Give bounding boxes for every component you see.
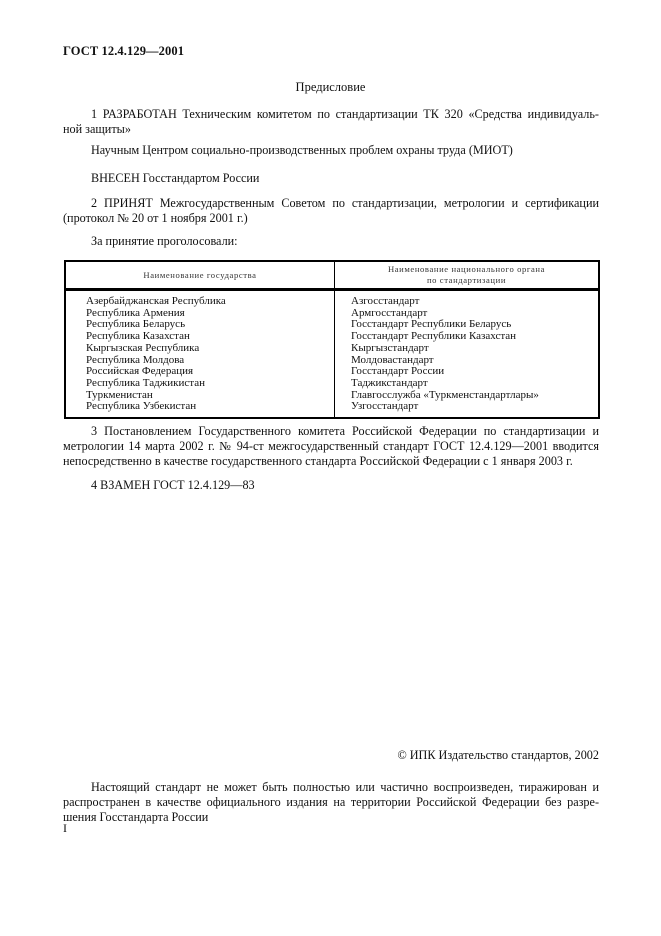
state-cell: Республика Узбекистан	[86, 401, 334, 413]
state-cell: Кыргызская Республика	[86, 343, 334, 355]
votes-table: Наименование государства Наименование на…	[64, 260, 600, 419]
paragraph-adopted: 2 ПРИНЯТ Межгосударственным Советом по с…	[63, 196, 599, 226]
state-cell: Азербайджанская Республика	[86, 296, 334, 308]
document-header: ГОСТ 12.4.129—2001	[63, 44, 184, 59]
paragraph-replaces: 4 ВЗАМЕН ГОСТ 12.4.129—83	[63, 478, 599, 493]
paragraph-adopted-line1: 2 ПРИНЯТ Межгосударственным Советом по с…	[63, 196, 599, 211]
standards-body-cell: Кыргызстандарт	[351, 343, 598, 355]
copyright-notice: © ИПК Издательство стандартов, 2002	[397, 748, 599, 763]
paragraph-developed-line2: ной защиты»	[63, 122, 599, 137]
paragraph-introduced: ВНЕСЕН Госстандартом России	[63, 171, 599, 186]
votes-table-body: Азербайджанская Республика Республика Ар…	[65, 290, 599, 419]
header-standards-body-line2: по стандартизации	[336, 275, 597, 286]
header-standards-body-line1: Наименование национального органа	[336, 264, 597, 275]
standards-body-column: Азгосстандарт Армгосстандарт Госстандарт…	[335, 290, 600, 419]
section-title: Предисловие	[0, 80, 661, 95]
header-state: Наименование государства	[65, 261, 335, 290]
state-cell: Республика Таджикистан	[86, 378, 334, 390]
standards-body-cell: Узгосстандарт	[351, 401, 598, 413]
paragraph-decree-line3: непосредственно в качестве государственн…	[63, 454, 599, 469]
reproduction-notice: Настоящий стандарт не может быть полност…	[63, 780, 599, 825]
paragraph-developed: 1 РАЗРАБОТАН Техническим комитетом по ст…	[63, 107, 599, 137]
reproduction-notice-line2: распространен в качестве официального из…	[63, 795, 599, 810]
paragraph-decree: 3 Постановлением Государственного комите…	[63, 424, 599, 469]
paragraph-decree-line1: 3 Постановлением Государственного комите…	[63, 424, 599, 439]
standards-body-cell: Таджикстандарт	[351, 378, 598, 390]
header-standards-body: Наименование национального органа по ста…	[335, 261, 600, 290]
paragraph-adopted-line2: (протокол № 20 от 1 ноября 2001 г.)	[63, 211, 599, 226]
paragraph-miot: Научным Центром социально-производственн…	[63, 143, 599, 158]
standards-body-cell: Азгосстандарт	[351, 296, 598, 308]
reproduction-notice-line1: Настоящий стандарт не может быть полност…	[63, 780, 599, 795]
state-column: Азербайджанская Республика Республика Ар…	[65, 290, 335, 419]
reproduction-notice-line3: шения Госстандарта России	[63, 810, 599, 825]
votes-table-header-row: Наименование государства Наименование на…	[65, 261, 599, 290]
paragraph-decree-line2: метрологии 14 марта 2002 г. № 94-ст межг…	[63, 439, 599, 454]
votes-intro: За принятие проголосовали:	[63, 234, 599, 249]
page-number: I	[63, 821, 67, 836]
paragraph-developed-line1: 1 РАЗРАБОТАН Техническим комитетом по ст…	[63, 107, 599, 122]
